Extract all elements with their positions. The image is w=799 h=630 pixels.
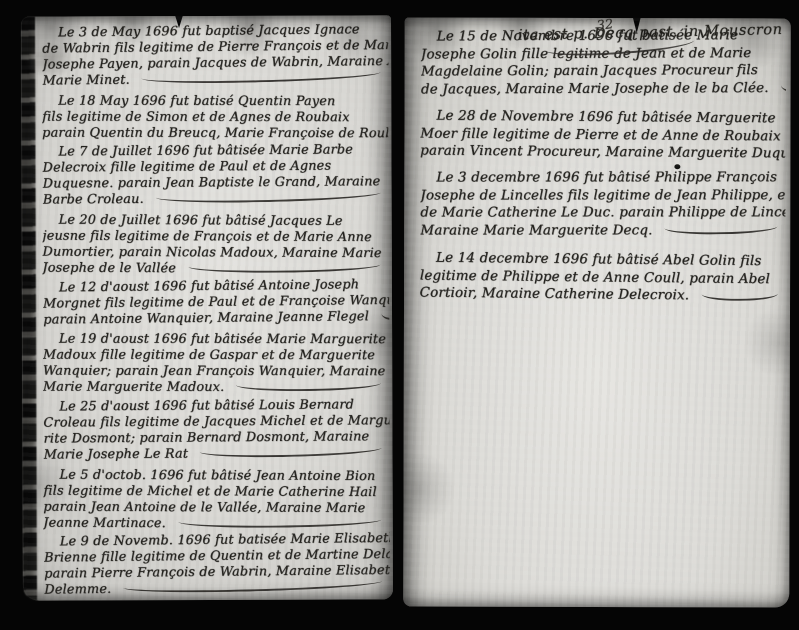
baptism-entry: Le 20 de Juillet 1696 fut bâtisé Jacques… [42, 213, 388, 278]
entry-text: Delecroix fille legitime de Paul et de A… [43, 159, 332, 176]
entry-line: Delemme. [44, 579, 390, 599]
entry-text: Marie Marguerite Madoux. [43, 380, 224, 396]
entry-text: Le 18 May 1696 fut batisé Quentin Payen [58, 93, 335, 108]
entry-text: Marie Josephe Le Rat [44, 446, 189, 463]
entry-text: de Marie Catherine Le Duc. parain Philip… [420, 206, 785, 221]
entry-line: Marie Josephe Le Rat [44, 445, 390, 463]
entry-text: Le 3 decembre 1696 fut bâtisé Philippe F… [436, 170, 777, 185]
entry-line: Josephe de le Vallée [42, 260, 388, 277]
entry-text: Josephe de le Vallée [42, 260, 176, 276]
separator-flourish [123, 579, 382, 595]
entry-line: fils legitime de Simon et de Agnes de Ro… [42, 109, 388, 126]
entry-text: Le 7 de Juillet 1696 fut bâtisée Marie B… [58, 143, 353, 160]
entry-text: jeusne fils legitime de François et de M… [43, 228, 372, 244]
entry-text: Jeanne Martinace. [43, 515, 166, 531]
entry-text: Le 28 de Novembre 1696 fut bâtisée Margu… [436, 109, 775, 127]
entry-line: Jeanne Martinace. [43, 515, 389, 532]
entry-text: Josephe de Lincelles fils legitime de Je… [420, 188, 785, 203]
left-page: Le 3 de May 1696 fut baptisé Jacques Ign… [21, 15, 393, 600]
entry-line: Madoux fille legitime de Gaspar et de Ma… [43, 348, 389, 365]
entry-line: parain Antoine Wanquier, Maraine Jeanne … [43, 308, 389, 328]
entry-text: Le 14 decembre 1696 fut bâtisé Abel Goli… [436, 250, 762, 268]
entry-line: Magdelaine Golin; parain Jacques Procure… [421, 62, 786, 81]
entry-text: Moer fille legitime de Pierre et de Anne… [420, 127, 781, 145]
entry-line: Le 7 de Juillet 1696 fut bâtisée Marie B… [42, 143, 388, 161]
separator-flourish [381, 309, 390, 320]
entry-text: Wanquier; parain Jean François Wanquier,… [43, 364, 385, 380]
entry-line: Barbe Croleau. [43, 190, 389, 208]
entry-text: parain Antoine Wanquier, Maraine Jeanne … [43, 309, 369, 328]
entry-text: de Jacques, Maraine Marie Josephe de le … [421, 80, 769, 99]
entry-line: Dumortier, parain Nicolas Madoux, Marain… [42, 244, 388, 261]
entry-text: rite Dosmont; parain Bernard Dosmont, Ma… [44, 429, 370, 446]
entry-text: Le 12 d'aoust 1696 fut bâtisé Antoine Jo… [59, 277, 359, 295]
separator-flourish [781, 82, 786, 92]
left-page-entries: Le 3 de May 1696 fut baptisé Jacques Ign… [42, 24, 390, 602]
entry-line: Le 20 de Juillet 1696 fut bâtisé Jacques… [43, 213, 389, 230]
entry-text: parain Jean Antoine de le Vallée, Marain… [43, 499, 365, 515]
entry-line: de Jacques, Maraine Marie Josephe de le … [421, 80, 786, 99]
entry-text: Madoux fille legitime de Gaspar et de Ma… [43, 348, 375, 364]
baptism-entry: Le 28 de Novembre 1696 fut bâtisée Margu… [420, 108, 785, 164]
baptism-entry: Le 25 d'aoust 1696 fut bâtisé Louis Bern… [43, 397, 389, 463]
entry-text: Magdelaine Golin; parain Jacques Procure… [421, 63, 758, 79]
entry-line: fils legitime de Michel et de Marie Cath… [43, 483, 389, 500]
right-page-entries: Le 15 de Novembre 1696 fut batisée Marie… [420, 29, 786, 312]
entry-line: Marie Minet. [43, 70, 389, 90]
entry-text: Le 20 de Juillet 1696 fut bâtisé Jacques… [59, 213, 343, 229]
entry-line: Wanquier; parain Jean François Wanquier,… [43, 364, 389, 381]
entry-line: Le 18 May 1696 fut batisé Quentin Payen [42, 93, 388, 110]
entry-text: legitime de Philippe et de Anne Coull, p… [420, 268, 770, 287]
entry-line: Le 5 d'octob. 1696 fut bâtisé Jean Antoi… [43, 467, 389, 484]
entry-text: parain Vincent Procureur, Maraine Margue… [420, 143, 785, 163]
baptism-entry: Le 19 d'aoust 1696 fut bâtisée Marie Mar… [43, 332, 389, 396]
entry-line: parain Jean Antoine de le Vallée, Marain… [43, 499, 389, 516]
entry-text: Maraine Marie Marguerite Decq. [420, 222, 652, 240]
baptism-entry: Le 14 decembre 1696 fut bâtisé Abel Goli… [420, 249, 786, 306]
entry-text: Dumortier, parain Nicolas Madoux, Marain… [42, 244, 381, 260]
entry-text: Barbe Croleau. [43, 192, 144, 209]
separator-flourish [701, 290, 777, 300]
separator-flourish [142, 70, 381, 85]
baptism-entry: Le 5 d'octob. 1696 fut bâtisé Jean Antoi… [43, 467, 389, 532]
entry-text: fils legitime de Simon et de Agnes de Ro… [42, 109, 349, 125]
separator-flourish [665, 224, 778, 236]
entry-text: Delemme. [44, 582, 111, 599]
baptism-entry: Le 12 d'aoust 1696 fut bâtisé Antoine Jo… [43, 277, 389, 328]
baptism-entry: Le 18 May 1696 fut batisé Quentin Payenf… [42, 93, 388, 141]
entry-text: fils legitime de Michel et de Marie Cath… [43, 483, 376, 499]
entry-line: jeusne fils legitime de François et de M… [43, 228, 389, 245]
entry-line: Le 19 d'aoust 1696 fut bâtisée Marie Mar… [43, 332, 389, 349]
baptism-entry: Le 3 decembre 1696 fut bâtisé Philippe F… [420, 169, 785, 240]
separator-flourish [200, 445, 382, 459]
entry-line: Maraine Marie Marguerite Decq. [420, 222, 785, 240]
right-page: 32 Le 15 de Novembre 1696 fut batisée Ma… [403, 17, 791, 607]
manuscript-scan: Le 3 de May 1696 fut baptisé Jacques Ign… [0, 0, 799, 630]
entry-text: Cortioir, Maraine Catherine Delecroix. [420, 284, 690, 304]
entry-line: rite Dosmont; parain Bernard Dosmont, Ma… [44, 429, 390, 447]
entry-text: parain Quentin du Breucq, Marie François… [42, 125, 388, 142]
entry-text: Croleau fils legitime de Jacques Michel … [43, 413, 389, 430]
separator-flourish [188, 261, 380, 273]
entry-text: Le 19 d'aoust 1696 fut bâtisée Marie Mar… [59, 332, 386, 348]
separator-flourish [156, 190, 381, 204]
separator-flourish [178, 516, 381, 528]
entry-line: Le 3 decembre 1696 fut bâtisé Philippe F… [420, 169, 785, 187]
entry-text: Morgnet fils legitime de Paul et de Fran… [43, 292, 389, 311]
separator-flourish [236, 380, 381, 392]
baptism-entry: Le 9 de Novemb. 1696 fut batisée Marie E… [44, 531, 391, 598]
baptism-entry: Le 3 de May 1696 fut baptisé Jacques Ign… [42, 22, 389, 89]
entry-line: parain Vincent Procureur, Maraine Margue… [420, 143, 785, 163]
entry-text: Le 5 d'octob. 1696 fut bâtisé Jean Antoi… [59, 467, 375, 483]
entry-line: Josephe de Lincelles fils legitime de Je… [420, 187, 785, 205]
entry-text: Le 25 d'aoust 1696 fut bâtisé Louis Bern… [59, 397, 354, 414]
entry-line: de Marie Catherine Le Duc. parain Philip… [420, 205, 785, 223]
entry-line: parain Quentin du Breucq, Marie François… [42, 125, 388, 142]
entry-text: Duquesne. parain Jean Baptiste le Grand,… [43, 174, 381, 191]
baptism-entry: Le 7 de Juillet 1696 fut bâtisée Marie B… [42, 143, 388, 209]
entry-line: Marie Marguerite Madoux. [43, 380, 389, 397]
entry-text: Marie Minet. [43, 72, 130, 89]
page-edge-texture [21, 17, 37, 601]
